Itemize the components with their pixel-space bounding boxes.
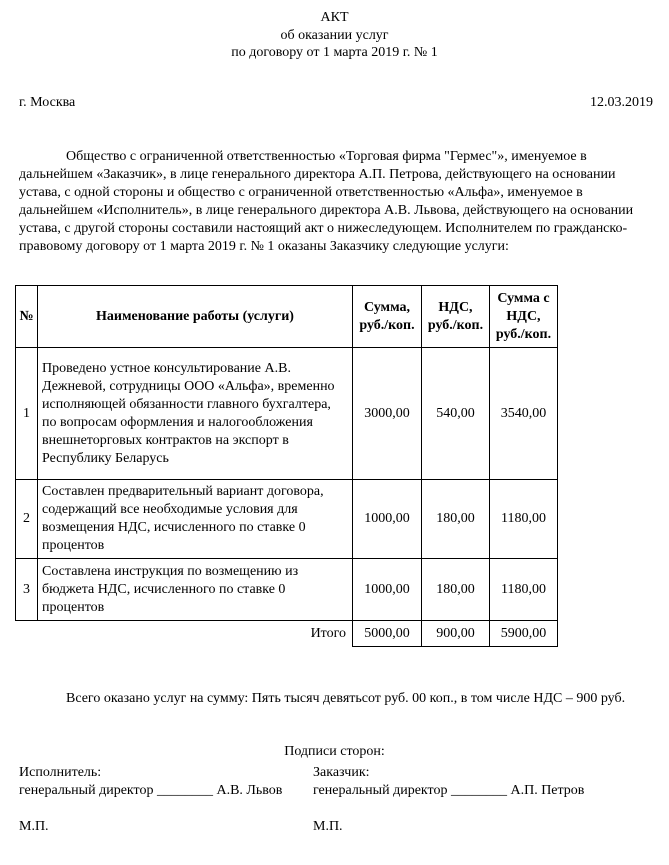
customer-name: А.П. Петров bbox=[510, 783, 584, 798]
customer-sign-field: ________ bbox=[451, 783, 507, 798]
col-name: Наименование работы (услуги) bbox=[38, 286, 353, 348]
row-sum: 3000,00 bbox=[353, 348, 422, 480]
col-sum: Сумма, руб./коп. bbox=[353, 286, 422, 348]
row-vat: 180,00 bbox=[422, 559, 490, 621]
row-vat: 540,00 bbox=[422, 348, 490, 480]
executor-name: А.В. Львов bbox=[216, 783, 282, 798]
row-sum: 1000,00 bbox=[353, 559, 422, 621]
customer-stamp: М.П. bbox=[313, 819, 343, 835]
intro-paragraph: Общество с ограниченной ответственностью… bbox=[19, 148, 639, 256]
summary-text: Всего оказано услуг на сумму: Пять тысяч… bbox=[19, 690, 629, 708]
row-number: 2 bbox=[16, 480, 38, 559]
table-row: 2 Составлен предварительный вариант дого… bbox=[16, 480, 558, 559]
services-table: № Наименование работы (услуги) Сумма, ру… bbox=[15, 285, 558, 647]
intro-text: Общество с ограниченной ответственностью… bbox=[19, 148, 639, 256]
row-name: Составлен предварительный вариант догово… bbox=[38, 480, 353, 559]
customer-signature-line: генеральный директор ________ А.П. Петро… bbox=[313, 783, 584, 799]
executor-sign-field: ________ bbox=[157, 783, 213, 798]
document-date: 12.03.2019 bbox=[590, 95, 653, 111]
document-title: АКТ bbox=[0, 8, 669, 28]
row-number: 3 bbox=[16, 559, 38, 621]
row-name: Проведено устное консультирование А.В. Д… bbox=[38, 348, 353, 480]
executor-stamp: М.П. bbox=[19, 819, 49, 835]
place: г. Москва bbox=[19, 95, 75, 111]
table-row: 3 Составлена инструкция по возмещению из… bbox=[16, 559, 558, 621]
signatures-heading: Подписи сторон: bbox=[0, 744, 669, 760]
row-sum: 1000,00 bbox=[353, 480, 422, 559]
total-vat: 900,00 bbox=[422, 621, 490, 647]
row-total: 1180,00 bbox=[490, 480, 558, 559]
customer-role: Заказчик: bbox=[313, 765, 370, 781]
contract-reference: по договору от 1 марта 2019 г. № 1 bbox=[0, 43, 669, 63]
executor-role: Исполнитель: bbox=[19, 765, 101, 781]
summary-paragraph: Всего оказано услуг на сумму: Пять тысяч… bbox=[19, 690, 629, 708]
col-vat: НДС, руб./коп. bbox=[422, 286, 490, 348]
total-label: Итого bbox=[16, 621, 353, 647]
table-row: 1 Проведено устное консультирование А.В.… bbox=[16, 348, 558, 480]
col-total: Сумма с НДС, руб./коп. bbox=[490, 286, 558, 348]
customer-position: генеральный директор bbox=[313, 783, 447, 798]
row-number: 1 bbox=[16, 348, 38, 480]
col-number: № bbox=[16, 286, 38, 348]
total-sum: 5000,00 bbox=[353, 621, 422, 647]
row-name: Составлена инструкция по возмещению из б… bbox=[38, 559, 353, 621]
executor-signature-line: генеральный директор ________ А.В. Львов bbox=[19, 783, 282, 799]
total-row: Итого 5000,00 900,00 5900,00 bbox=[16, 621, 558, 647]
executor-position: генеральный директор bbox=[19, 783, 153, 798]
row-total: 1180,00 bbox=[490, 559, 558, 621]
row-total: 3540,00 bbox=[490, 348, 558, 480]
total-total: 5900,00 bbox=[490, 621, 558, 647]
row-vat: 180,00 bbox=[422, 480, 490, 559]
table-header-row: № Наименование работы (услуги) Сумма, ру… bbox=[16, 286, 558, 348]
